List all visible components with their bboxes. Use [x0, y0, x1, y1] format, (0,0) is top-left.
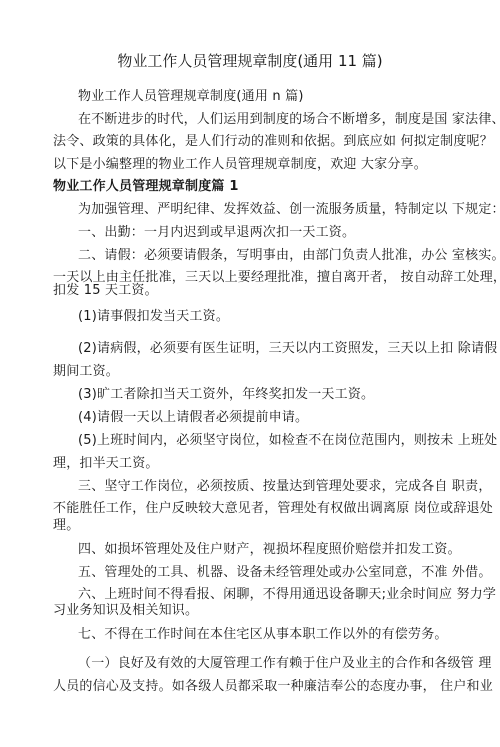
body-line: 五、管理处的工具、机器、设备未经管理处或办公室同意，不准 外借。 — [78, 565, 492, 581]
body-line: 习业务知识及相关知识。 — [53, 603, 198, 619]
intro-line: 法令、政策的具体化，是人们行动的准则和依据。到底应如 何拟定制度呢？ — [53, 134, 493, 150]
body-line: (3)旷工者除扣当天工资外，年终奖扣发一天工资。 — [78, 387, 374, 403]
body-line: 期间工资。 — [53, 364, 119, 380]
body-line: 为加强管理、严明纪律、发挥效益、创一流服务质量，特制定以 下规定： — [78, 202, 500, 218]
body-line: 扣发 15 天工资。 — [53, 283, 158, 299]
body-line: 三、坚守工作岗位，必须按质、按量达到管理处要求，完成各自 职责， — [78, 479, 492, 495]
section-heading: 物业工作人员管理规章制度篇 1 — [53, 179, 239, 195]
body-line: 理，扣半天工资。 — [53, 456, 159, 472]
document-title: 物业工作人员管理规章制度(通用 11 篇) — [0, 52, 500, 70]
body-line: 人员的信心及支持。如各级人员都采取一种廉洁奉公的态度办事， 住户和业 — [53, 679, 493, 695]
body-line: （一）良好及有效的大厦管理工作有赖于住户及业主的合作和各级管 理 — [78, 656, 492, 672]
intro-line: 在不断进步的时代，人们运用到制度的场合不断增多，制度是国 家法律、 — [78, 112, 500, 128]
body-line: (4)请假一天以上请假者必须提前申请。 — [78, 410, 308, 426]
body-line: 一、出勤：一月内迟到或早退两次扣一天工资。 — [78, 225, 355, 241]
body-line: (2)请病假，必须要有医生证明，三天以内工资照发，三天以上扣 除请假 — [78, 341, 497, 357]
body-line: 理。 — [53, 518, 79, 534]
body-line: (1)请事假扣发当天工资。 — [78, 309, 229, 325]
document-page: 物业工作人员管理规章制度(通用 11 篇) 物业工作人员管理规章制度(通用 n … — [0, 0, 500, 747]
body-line: 四、如损坏管理处及住户财产，视损坏程度照价赔偿并扣发工资。 — [78, 542, 461, 558]
body-line: 二、请假：必须要请假条，写明事由，由部门负责人批准，办公 室核实。 — [78, 248, 500, 264]
document-subtitle: 物业工作人员管理规章制度(通用 n 篇) — [78, 89, 304, 105]
body-line: 不能胜任工作，住户反映较大意见者，管理处有权做出调离原 岗位或辞退处 — [53, 501, 493, 517]
body-line: 七、不得在工作时间在本住宅区从事本职工作以外的有偿劳务。 — [78, 627, 448, 643]
body-line: (5)上班时间内，必须坚守岗位，如检查不在岗位范围内，则按未 上班处 — [78, 433, 497, 449]
body-line: 六、上班时间不得看报、闲聊，不得用通迅设备聊天;业余时间应 努力学 — [78, 587, 496, 603]
intro-line: 以下是小编整理的物业工作人员管理规章制度，欢迎 大家分享。 — [53, 157, 427, 173]
